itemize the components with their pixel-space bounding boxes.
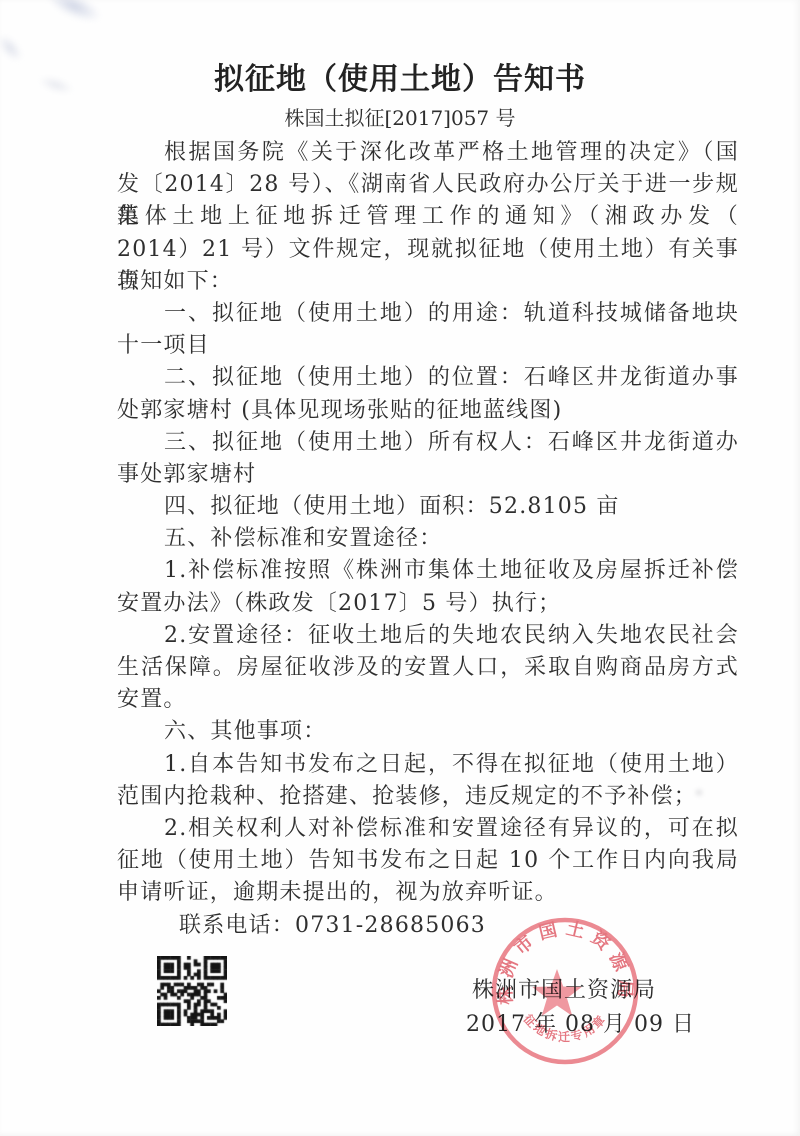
paragraph-line: 2014）21 号）文件规定，现就拟征地（使用土地）有关事项 [117,234,739,266]
paragraph-line: 集体土地上征地拆迁管理工作的通知》（湘政办发（ [117,201,739,233]
page-title: 拟征地（使用土地）告知书 [0,60,800,100]
scan-smudge [43,0,105,28]
paragraph-line: 申请听证，逾期未提出的，视为放弃听证。 [117,877,739,909]
paragraph-line: 2.安置途径：征收土地后的失地农民纳入失地农民社会 [117,620,739,652]
paragraph-line: 五、补偿标准和安置途径： [117,523,739,555]
paragraph-line: 处郭家塘村 (具体见现场张贴的征地蓝线图) [117,395,739,427]
paragraph-line: 十一项目 [117,330,739,362]
svg-text:征地拆迁专用章: 征地拆迁专用章 [520,1010,609,1044]
paragraph-line: 二、拟征地（使用土地）的位置：石峰区井龙街道办事 [117,362,739,394]
seal-bottom-text: 征地拆迁专用章 [520,1010,609,1044]
paragraph-line: 征地（使用土地）告知书发布之日起 10 个工作日内向我局 [117,845,739,877]
paragraph-line: 1.补偿标准按照《株洲市集体土地征收及房屋拆迁补偿 [117,555,739,587]
paragraph-line: 一、拟征地（使用土地）的用途：轨道科技城储备地块 [117,298,739,330]
qr-code [157,956,227,1026]
star-icon [532,969,581,1016]
paragraph-line: 生活保障。房屋征收涉及的安置人口，采取自购商品房方式 [117,652,739,684]
paragraph-line: 四、拟征地（使用土地）面积：52.8105 亩 [117,491,739,523]
document-page: 拟征地（使用土地）告知书 株国土拟征[2017]057 号 根据国务院《关于深化… [0,0,800,1136]
paragraph-line: 根据国务院《关于深化改革严格土地管理的决定》（国 [117,137,739,169]
paragraph-line: 六、其他事项： [117,716,739,748]
body-paragraphs: 根据国务院《关于深化改革严格土地管理的决定》（国发〔2014〕28 号）、《湖南… [117,137,739,942]
paragraph-line: 联系电话：0731-28685063 [117,910,739,942]
paragraph-line: 事处郭家塘村 [117,459,739,491]
paragraph-line: 三、拟征地（使用土地）所有权人：石峰区井龙街道办 [117,427,739,459]
paragraph-line: 安置办法》（株政发〔2017〕5 号）执行； [117,588,739,620]
paragraph-line: 范围内抢栽种、抢搭建、抢装修，违反规定的不予补偿； [117,781,739,813]
paragraph-line: 安置。 [117,684,739,716]
official-seal: 株洲市国土资源局 征地拆迁专用章 [485,911,645,1071]
paragraph-line: 1.自本告知书发布之日起，不得在拟征地（使用土地） [117,749,739,781]
paragraph-line: 2.相关权利人对补偿标准和安置途径有异议的，可在拟 [117,813,739,845]
paragraph-line: 告知如下： [117,266,739,298]
document-number: 株国土拟征[2017]057 号 [0,105,800,131]
paragraph-line: 发〔2014〕28 号）、《湖南省人民政府办公厅关于进一步规范 [117,169,739,201]
